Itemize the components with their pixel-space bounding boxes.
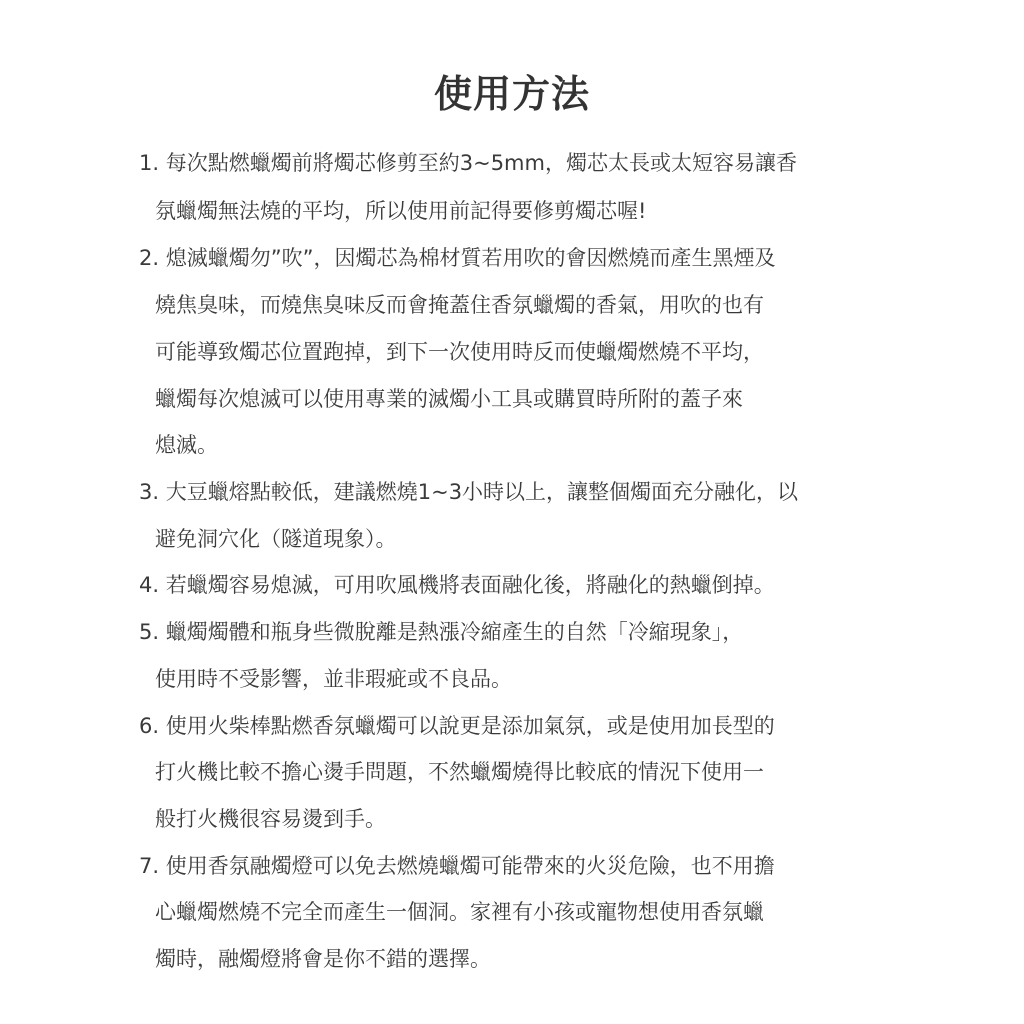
instruction-line: 4. 若蠟燭容易熄滅，可用吹風機將表面融化後，將融化的熱蠟倒掉。 [139, 570, 775, 600]
instruction-line: 可能導致燭芯位置跑掉，到下一次使用時反而使蠟燭燃燒不平均， [155, 337, 764, 367]
instruction-line: 6. 使用火柴棒點燃香氛蠟燭可以說更是添加氣氛，或是使用加長型的 [139, 711, 775, 741]
item-number: 4. [139, 573, 159, 597]
instruction-line: 打火機比較不擔心燙手問題，不然蠟燭燒得比較底的情況下使用一 [155, 757, 764, 787]
item-text: 每次點燃蠟燭前將燭芯修剪至約3~5mm，燭芯太長或太短容易讓香 [166, 151, 797, 175]
item-number: 2. [139, 246, 159, 270]
item-text: 若蠟燭容易熄滅，可用吹風機將表面融化後，將融化的熱蠟倒掉。 [166, 573, 775, 597]
item-text: 熄滅蠟燭勿”吹”，因燭芯為棉材質若用吹的會因燃燒而產生黑煙及 [166, 246, 776, 270]
instruction-line: 心蠟燭燃燒不完全而產生一個洞。家裡有小孩或寵物想使用香氛蠟 [155, 897, 764, 927]
item-text: 使用火柴棒點燃香氛蠟燭可以說更是添加氣氛，或是使用加長型的 [166, 714, 775, 738]
instruction-line: 氛蠟燭無法燒的平均，所以使用前記得要修剪燭芯喔! [155, 196, 646, 226]
instruction-line: 般打火機很容易燙到手。 [155, 804, 386, 834]
instruction-line: 5. 蠟燭燭體和瓶身些微脫離是熱漲冷縮產生的自然「冷縮現象」， [139, 617, 743, 647]
instruction-line: 2. 熄滅蠟燭勿”吹”，因燭芯為棉材質若用吹的會因燃燒而產生黑煙及 [139, 243, 776, 273]
instruction-line: 燭時，融燭燈將會是你不錯的選擇。 [155, 944, 491, 974]
item-number: 6. [139, 714, 159, 738]
item-number: 1. [139, 151, 159, 175]
item-text: 使用香氛融燭燈可以免去燃燒蠟燭可能帶來的火災危險，也不用擔 [166, 854, 775, 878]
instruction-line: 燒焦臭味，而燒焦臭味反而會掩蓋住香氛蠟燭的香氣，用吹的也有 [155, 290, 764, 320]
item-number: 7. [139, 854, 159, 878]
page-title: 使用方法 [0, 69, 1024, 119]
instruction-line: 1. 每次點燃蠟燭前將燭芯修剪至約3~5mm，燭芯太長或太短容易讓香 [139, 148, 797, 178]
item-text: 大豆蠟熔點較低，建議燃燒1~3小時以上，讓整個燭面充分融化，以 [166, 480, 798, 504]
instruction-line: 避免洞穴化（隧道現象）。 [155, 524, 397, 554]
instruction-line: 使用時不受影響，並非瑕疵或不良品。 [155, 664, 512, 694]
instruction-line: 7. 使用香氛融燭燈可以免去燃燒蠟燭可能帶來的火災危險，也不用擔 [139, 851, 775, 881]
item-text: 蠟燭燭體和瓶身些微脫離是熱漲冷縮產生的自然「冷縮現象」， [166, 620, 744, 644]
instruction-line: 蠟燭每次熄滅可以使用專業的滅燭小工具或購買時所附的蓋子來 [155, 384, 743, 414]
instruction-line: 3. 大豆蠟熔點較低，建議燃燒1~3小時以上，讓整個燭面充分融化，以 [139, 477, 798, 507]
item-number: 5. [139, 620, 159, 644]
item-number: 3. [139, 480, 159, 504]
instruction-line: 熄滅。 [155, 430, 218, 460]
